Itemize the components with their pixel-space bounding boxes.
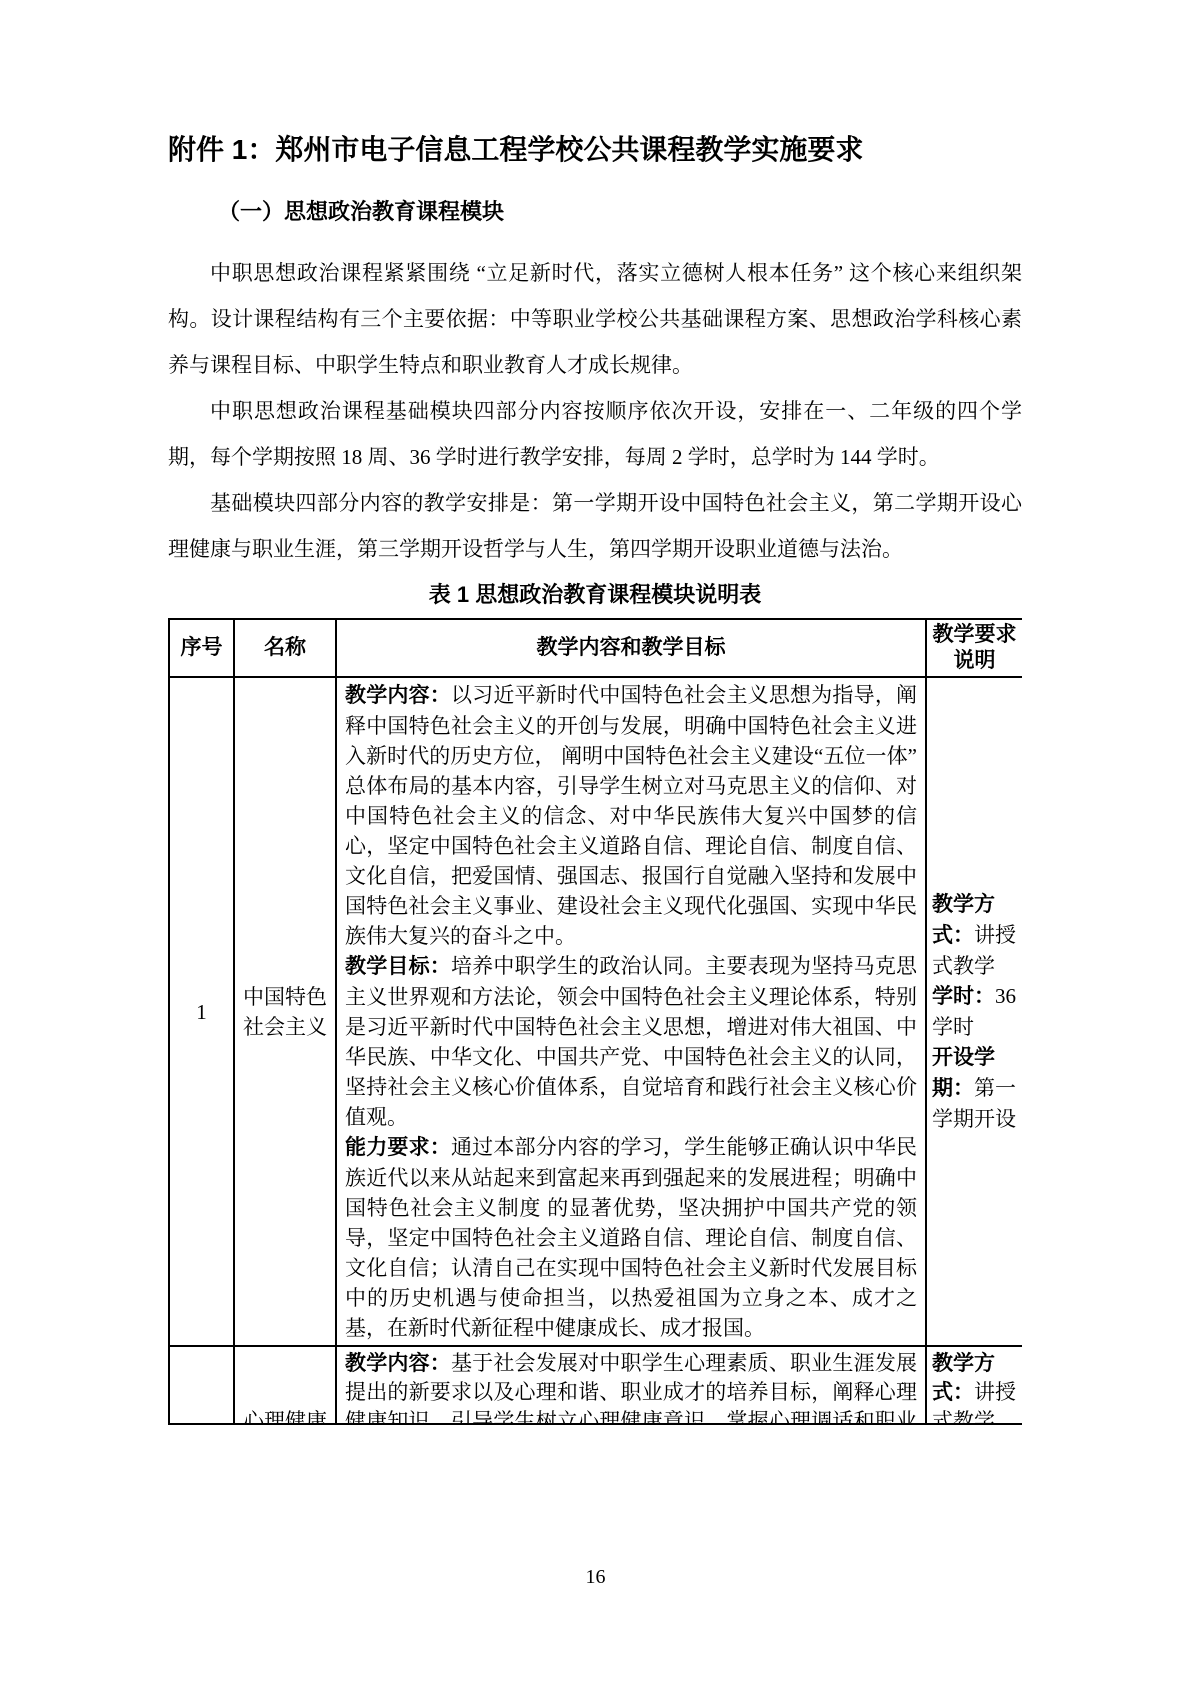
header-requirements: 教学要求说明 <box>926 619 1022 677</box>
page-content: 附件 1：郑州市电子信息工程学校公共课程教学实施要求 （一）思想政治教育课程模块… <box>0 0 1191 1425</box>
row-requirements: 教学方式：讲授式教学学时：36 学时开设学期： <box>926 1346 1022 1425</box>
row-requirements: 教学方式：讲授式教学学时：36 学时开设学期：第一学期开设 <box>926 677 1022 1346</box>
row-index: 2 <box>169 1346 234 1425</box>
table-clip-region: 序号 名称 教学内容和教学目标 教学要求说明 1 中国特色社会主义 教学内容：以… <box>168 618 1022 1425</box>
header-index: 序号 <box>169 619 234 677</box>
row-content: 教学内容：基于社会发展对中职学生心理素质、职业生涯发展提出的新要求以及心理和谐、… <box>336 1346 926 1425</box>
row-index: 1 <box>169 677 234 1346</box>
document-page: 附件 1：郑州市电子信息工程学校公共课程教学实施要求 （一）思想政治教育课程模块… <box>0 0 1191 1684</box>
table-header-row: 序号 名称 教学内容和教学目标 教学要求说明 <box>169 619 1022 677</box>
row-content: 教学内容：以习近平新时代中国特色社会主义思想为指导，阐释中国特色社会主义的开创与… <box>336 677 926 1346</box>
paragraph: 基础模块四部分内容的教学安排是：第一学期开设中国特色社会主义，第二学期开设心理健… <box>168 480 1022 572</box>
table-row: 1 中国特色社会主义 教学内容：以习近平新时代中国特色社会主义思想为指导，阐释中… <box>169 677 1022 1346</box>
row-course-name: 中国特色社会主义 <box>234 677 336 1346</box>
section-heading: （一）思想政治教育课程模块 <box>218 197 1022 227</box>
row-course-name: 心理健康与职业生涯 <box>234 1346 336 1425</box>
header-name: 名称 <box>234 619 336 677</box>
paragraph: 中职思想政治课程基础模块四部分内容按顺序依次开设，安排在一、二年级的四个学期，每… <box>168 388 1022 480</box>
document-title: 附件 1：郑州市电子信息工程学校公共课程教学实施要求 <box>168 130 1022 170</box>
page-number: 16 <box>0 1566 1191 1589</box>
paragraph: 中职思想政治课程紧紧围绕 “立足新时代，落实立德树人根本任务” 这个核心来组织架… <box>168 250 1022 388</box>
course-module-table: 序号 名称 教学内容和教学目标 教学要求说明 1 中国特色社会主义 教学内容：以… <box>168 618 1022 1425</box>
table-caption: 表 1 思想政治教育课程模块说明表 <box>168 581 1022 609</box>
table-row: 2 心理健康与职业生涯 教学内容：基于社会发展对中职学生心理素质、职业生涯发展提… <box>169 1346 1022 1425</box>
header-content: 教学内容和教学目标 <box>336 619 926 677</box>
